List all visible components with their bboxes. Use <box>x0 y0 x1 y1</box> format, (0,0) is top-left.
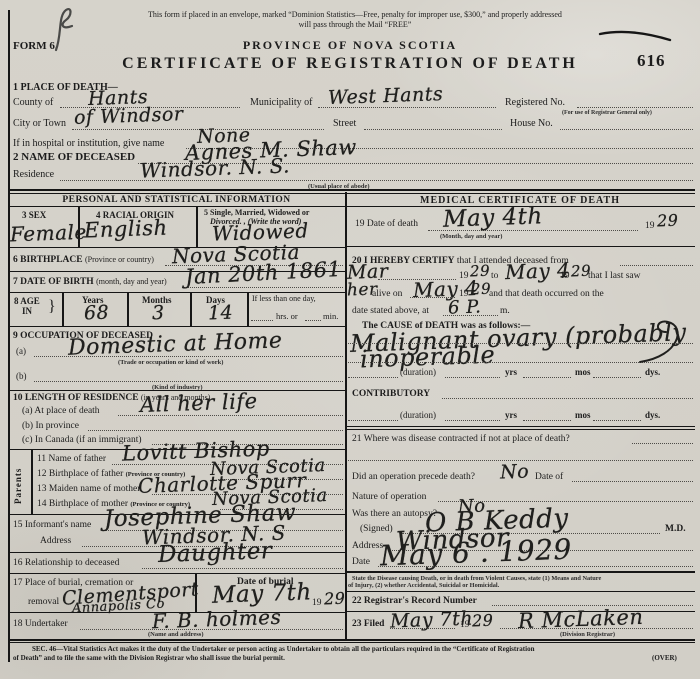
municipality-value: West Hants <box>328 84 444 109</box>
occ-a-label: (a) <box>16 347 26 357</box>
over-label: (OVER) <box>652 655 677 663</box>
res-b-line <box>88 430 343 431</box>
house-no-line <box>560 129 693 130</box>
med-date-label: Date <box>352 557 370 567</box>
registered-no-note: (For use of Registrar General only) <box>562 110 652 117</box>
burial-label-2: removal <box>28 597 59 607</box>
filed-yy: 29 <box>472 612 494 630</box>
rule <box>345 426 695 427</box>
registrar-note: (Division Registrar) <box>560 631 615 638</box>
section-rule-top <box>8 189 695 191</box>
sec46-line2: of Death” and to file the same with the … <box>13 655 285 663</box>
mail-note-line1: This form if placed in an envelope, mark… <box>90 11 620 20</box>
last-saw-label: that I last saw <box>588 271 641 281</box>
res-a-label: (a) At place of death <box>22 406 100 416</box>
occ-b-label: (b) <box>16 372 27 382</box>
burial-date-yy: 29 <box>324 590 346 608</box>
alive-on-label: alive on <box>372 289 402 299</box>
paren-stroke <box>630 316 690 366</box>
parents-label: Parents <box>14 462 24 504</box>
contributory-label: CONTRIBUTORY <box>352 389 430 399</box>
duration-label-1: (duration) <box>400 368 436 378</box>
birthplace-label: 6 BIRTHPLACE (Province or country) <box>13 255 154 265</box>
med-date-value: May 6 . 1929 <box>380 535 573 572</box>
sex-value: Female <box>10 221 87 246</box>
hour-value: 6 P. <box>448 297 482 318</box>
rule <box>8 573 345 574</box>
cell-divider <box>62 292 64 326</box>
age-days-value: 14 <box>208 303 234 325</box>
age-bracket: } <box>48 298 56 316</box>
dys-label-2: dys. <box>645 411 660 421</box>
yrs-label-2: yrs <box>505 411 517 421</box>
mos-label-1: mos <box>575 368 591 378</box>
cell-divider <box>190 292 192 326</box>
occ-a-note: (Trade or occupation or kind of work) <box>118 359 223 366</box>
filed-19: 19 <box>460 620 470 630</box>
dots <box>572 481 693 482</box>
hrs-label: hrs. or <box>276 312 298 321</box>
dod-value: May 4th <box>443 204 544 233</box>
operation-value: No <box>500 461 530 483</box>
res-a-value: All her life <box>140 390 258 417</box>
dots <box>348 377 398 378</box>
registered-no-label: Registered No. <box>505 97 565 108</box>
sec46-line1: SEC. 46—Vital Statistics Act makes it th… <box>32 646 534 654</box>
registrar-signature: R McLaken <box>518 606 644 633</box>
less-than-day-label: If less than one day, <box>252 295 316 304</box>
column-divider <box>345 192 347 640</box>
min-label: min. <box>323 312 338 321</box>
certify-from-line <box>620 265 693 266</box>
hrs-line <box>251 320 273 321</box>
section-rule-top2 <box>8 193 695 194</box>
operation-date-label: Date of <box>535 472 563 482</box>
house-no-label: House No. <box>510 118 553 129</box>
racial-origin-value: English <box>84 217 168 243</box>
age-in-label: IN <box>22 307 32 317</box>
q21-label: 21 Where was disease contracted if not a… <box>352 434 570 444</box>
occ-b-line <box>34 381 343 382</box>
occurred-label: and that death occurred on the <box>489 289 604 299</box>
dod-note: (Month, day and year) <box>440 233 502 240</box>
dots <box>593 420 641 421</box>
operation-q-label: Did an operation precede death? <box>352 472 475 482</box>
relationship-label: 16 Relationship to deceased <box>13 558 119 568</box>
residence-label: Residence <box>13 169 54 180</box>
registered-no-line <box>577 107 693 108</box>
sex-label: 3 SEX <box>22 211 46 221</box>
cell-divider <box>127 292 129 326</box>
violent-note-2: of Injury, (2) whether Accidental, Suici… <box>348 583 499 590</box>
county-label: County of <box>13 97 53 108</box>
age-years-value: 68 <box>84 303 110 325</box>
hospital-label: If in hospital or institution, give name <box>13 138 164 149</box>
res-b-label: (b) In province <box>22 421 79 431</box>
rule <box>345 571 695 573</box>
dots <box>445 377 500 378</box>
dots <box>442 398 693 399</box>
deceased-name-label: 2 NAME OF DECEASED <box>13 151 135 163</box>
informant-addr-label: Address <box>40 536 71 546</box>
dob-label: 7 DATE OF BIRTH (month, day and year) <box>13 277 167 287</box>
rule <box>345 429 695 430</box>
rule <box>8 292 345 293</box>
yrs-label-1: yrs <box>505 368 517 378</box>
street-label: Street <box>333 118 356 129</box>
date-stated-label: date stated above, at <box>352 306 429 316</box>
undertaker-note: (Name and address) <box>148 631 204 638</box>
father-label: 11 Name of father <box>37 454 106 464</box>
med-address-label: Address <box>352 541 383 551</box>
street-line <box>364 129 502 130</box>
serial-number: 616 <box>637 52 666 71</box>
pen-stroke <box>596 28 676 44</box>
undertaker-label: 18 Undertaker <box>13 619 68 629</box>
dod-19: 19 <box>645 221 655 231</box>
filed-label: 23 Filed <box>352 619 384 629</box>
min-line <box>305 320 321 321</box>
dots <box>445 420 500 421</box>
mail-note-line2: will pass through the Mail “FREE” <box>90 21 620 30</box>
city-value: of Windsor <box>74 104 184 129</box>
dod-yy: 29 <box>657 212 679 230</box>
signed-label: (Signed) <box>360 524 393 534</box>
to-label: to <box>491 271 498 281</box>
dots <box>348 420 398 421</box>
personal-section-title: PERSONAL AND STATISTICAL INFORMATION <box>8 195 345 205</box>
rule <box>8 326 345 327</box>
bottom-rule2 <box>8 642 695 643</box>
m-label: m. <box>500 306 510 316</box>
death-certificate-scan: This form if placed in an envelope, mark… <box>0 0 700 679</box>
residence-value: Windsor. N. S. <box>140 154 291 181</box>
record-number-label: 22 Registrar's Record Number <box>352 596 477 606</box>
undertaker-value: F. B. holmes <box>152 606 282 632</box>
relationship-value: Daughter <box>158 539 273 568</box>
nature-label: Nature of operation <box>352 492 426 502</box>
rule <box>8 206 345 207</box>
city-label: City or Town <box>13 118 66 129</box>
dots <box>523 377 571 378</box>
municipality-label: Municipality of <box>250 97 313 108</box>
pen-mark <box>42 4 88 54</box>
page-left-edge-rule <box>8 10 10 662</box>
province-title: PROVINCE OF NOVA SCOTIA <box>150 39 550 52</box>
certificate-title: CERTIFICATE OF REGISTRATION OF DEATH <box>100 55 600 73</box>
dots <box>523 420 571 421</box>
dots <box>632 443 693 444</box>
cell-divider <box>247 292 249 326</box>
cell-divider <box>196 206 198 247</box>
md-label: M.D. <box>665 524 686 534</box>
dots <box>593 377 641 378</box>
mother-label: 13 Maiden name of mother <box>37 484 140 494</box>
parents-divider <box>31 449 33 514</box>
burial-date-19: 19 <box>312 598 322 608</box>
rule <box>345 591 695 592</box>
dys-label-1: dys. <box>645 368 660 378</box>
duration-label-2: (duration) <box>400 411 436 421</box>
mos-label-2: mos <box>575 411 591 421</box>
age-months-value: 3 <box>152 303 165 324</box>
rule <box>345 246 695 247</box>
informant-label: 15 Informant's name <box>13 520 91 530</box>
bottom-rule <box>8 639 695 641</box>
dod-label: 19 Date of death <box>355 219 418 229</box>
relationship-line <box>142 568 343 569</box>
n19-b: 19 <box>560 271 570 281</box>
